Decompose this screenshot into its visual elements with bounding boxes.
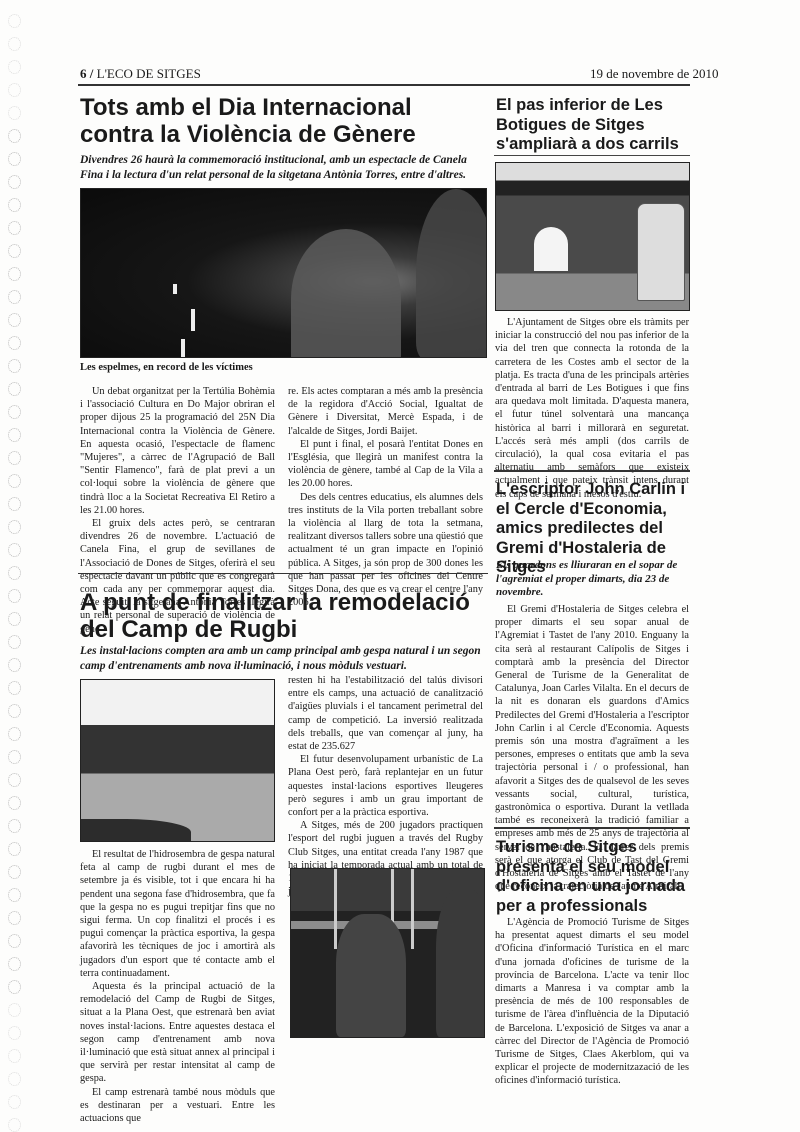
dek-rugby: Les instal·lacions compten ara amb un ca… — [80, 644, 490, 673]
binder-hole — [8, 704, 21, 718]
issue-date: 19 de novembre de 2010 — [590, 66, 719, 82]
binder-hole — [8, 474, 21, 488]
binder-hole — [8, 175, 21, 189]
binder-hole — [8, 359, 21, 373]
binder-hole — [8, 681, 21, 695]
binder-hole — [8, 819, 21, 833]
binder-hole — [8, 566, 21, 580]
binder-hole — [8, 842, 21, 856]
binder-hole — [8, 773, 21, 787]
binder-hole — [8, 1026, 21, 1040]
binder-hole — [8, 106, 21, 120]
paragraph: El camp estrenarà també nous mòduls que … — [80, 1086, 275, 1126]
binder-holes — [8, 0, 28, 1132]
binder-hole — [8, 405, 21, 419]
paragraph: L'Ajuntament de Sitges obre els tràmits … — [495, 316, 689, 501]
page-folio: 6 / L'ECO DE SITGES — [80, 66, 201, 82]
photo-rugby-officials — [290, 868, 485, 1038]
paragraph: Aquesta és la principal actuació de la r… — [80, 980, 275, 1086]
binder-hole — [8, 888, 21, 902]
binder-hole — [8, 290, 21, 304]
binder-hole — [8, 796, 21, 810]
binder-hole — [8, 14, 21, 28]
headline-underpass: El pas inferior de Les Botigues de Sitge… — [496, 96, 696, 155]
binder-hole — [8, 635, 21, 649]
binder-hole — [8, 750, 21, 764]
paragraph: Un debat organitzat per la Tertúlia Bohè… — [80, 385, 275, 517]
body-violence-col2: re. Els actes comptaran a més amb la pre… — [288, 385, 483, 609]
binder-hole — [8, 497, 21, 511]
binder-hole — [8, 520, 21, 534]
section-rule — [494, 155, 690, 156]
section-rule — [494, 827, 690, 829]
body-rugby-col2: resten hi ha l'estabilització del talús … — [288, 674, 483, 898]
body-underpass: L'Ajuntament de Sitges obre els tràmits … — [495, 316, 689, 501]
paragraph: resten hi ha l'estabilització del talús … — [288, 674, 483, 753]
binder-hole — [8, 1095, 21, 1109]
binder-hole — [8, 37, 21, 51]
section-rule — [78, 573, 488, 574]
photo-caption-candles: Les espelmes, en record de les víctimes — [80, 362, 253, 373]
dek-violence: Divendres 26 haurà la commemoració insti… — [80, 153, 490, 182]
binder-hole — [8, 543, 21, 557]
body-tourism: L'Agència de Promoció Turisme de Sitges … — [495, 916, 689, 1088]
binder-hole — [8, 60, 21, 74]
headline-rugby: A punt de finalitzar la remodelació del … — [80, 589, 490, 643]
binder-hole — [8, 911, 21, 925]
binder-hole — [8, 221, 21, 235]
binder-hole — [8, 313, 21, 327]
photo-candles — [80, 188, 487, 358]
header-rule — [78, 84, 690, 86]
paragraph: El punt i final, el posarà l'entitat Don… — [288, 438, 483, 491]
binder-hole — [8, 865, 21, 879]
headline-tourism: Turisme de Sitges presenta el seu model … — [496, 838, 696, 916]
binder-hole — [8, 957, 21, 971]
binder-hole — [8, 451, 21, 465]
binder-hole — [8, 129, 21, 143]
publication-name: L'ECO DE SITGES — [97, 66, 201, 81]
binder-hole — [8, 727, 21, 741]
headline-violence: Tots amb el Dia Internacional contra la … — [80, 94, 490, 148]
binder-hole — [8, 382, 21, 396]
binder-hole — [8, 1003, 21, 1017]
paragraph: re. Els actes comptaran a més amb la pre… — [288, 385, 483, 438]
binder-hole — [8, 1118, 21, 1132]
binder-hole — [8, 336, 21, 350]
binder-hole — [8, 244, 21, 258]
binder-hole — [8, 198, 21, 212]
photo-tunnel — [495, 162, 690, 311]
binder-hole — [8, 980, 21, 994]
binder-hole — [8, 428, 21, 442]
binder-hole — [8, 1072, 21, 1086]
binder-hole — [8, 612, 21, 626]
folio-separator: / — [87, 66, 97, 81]
body-rugby-col1: El resultat de l'hidrosembra de gespa na… — [80, 848, 275, 1125]
binder-hole — [8, 934, 21, 948]
section-rule — [494, 470, 690, 472]
binder-hole — [8, 589, 21, 603]
paragraph: El futur desenvolupament urbanístic de L… — [288, 753, 483, 819]
photo-rugby-field — [80, 679, 275, 842]
binder-hole — [8, 1049, 21, 1063]
binder-hole — [8, 267, 21, 281]
paragraph: El resultat de l'hidrosembra de gespa na… — [80, 848, 275, 980]
binder-hole — [8, 83, 21, 97]
binder-hole — [8, 152, 21, 166]
binder-hole — [8, 658, 21, 672]
dek-carlin: Els guardons es lliuraran en el sopar de… — [496, 559, 690, 600]
paragraph: L'Agència de Promoció Turisme de Sitges … — [495, 916, 689, 1088]
